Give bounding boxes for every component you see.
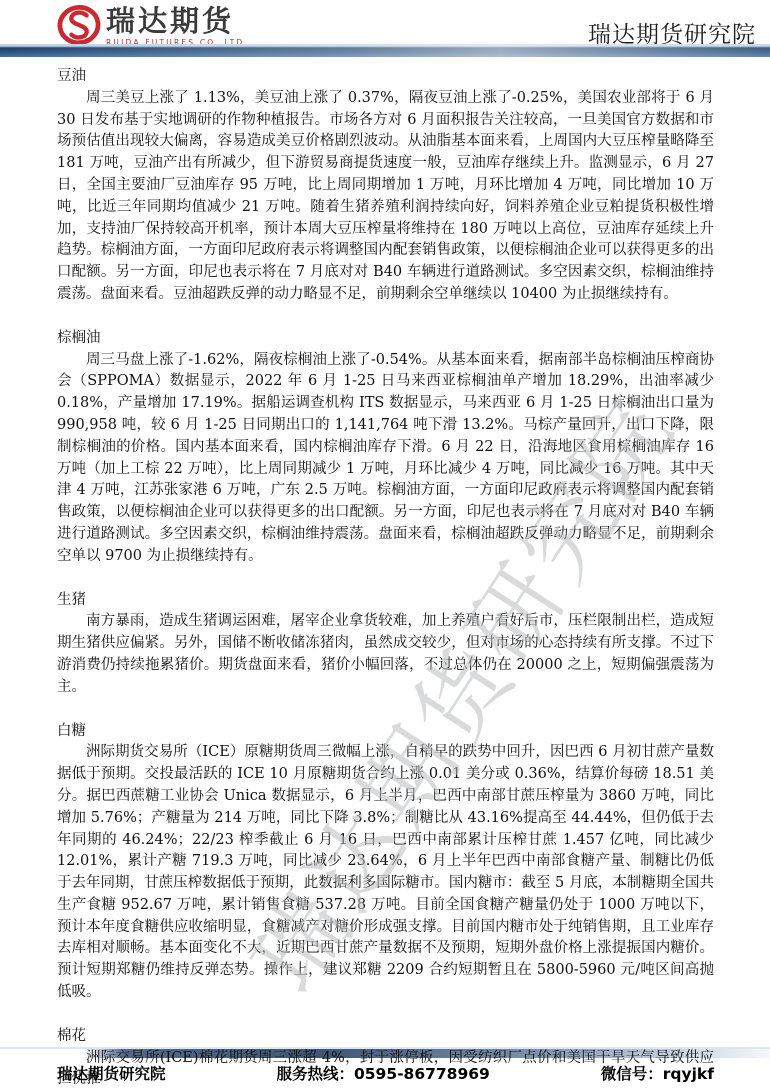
section-body-white-sugar: 洲际期货交易所（ICE）原糖期货周三微幅上涨，自稍早的跌势中回升，因巴西 6 月… — [57, 742, 714, 1004]
section-body-soybean-oil: 周三美豆上涨了 1.13%，美豆油上涨了 0.37%，隔夜豆油上涨了-0.25%… — [57, 88, 714, 306]
logo-text-block: 瑞达期货 RUIDA FUTURES CO.,LTD. — [106, 5, 249, 47]
footer-hotline-label: 服务热线： — [276, 1065, 354, 1083]
section-heading-live-hogs: 生猪 — [57, 590, 714, 612]
footer-hotline: 服务热线：0595-86778969 — [276, 1062, 489, 1084]
page-footer: 瑞达期货研究院 服务热线：0595-86778969 微信号：rqyjkf — [57, 1062, 714, 1084]
section-heading-palm-oil: 棕榈油 — [57, 328, 714, 350]
footer-wechat: 微信号：rqyjkf — [601, 1062, 714, 1084]
section-heading-soybean-oil: 豆油 — [57, 66, 714, 88]
ruida-logo: 瑞达期货 RUIDA FUTURES CO.,LTD. — [56, 5, 249, 47]
footer-wechat-id: rqyjkf — [663, 1065, 714, 1083]
section-body-live-hogs: 南方暴雨，造成生猪调运困难，屠宰企业拿货较难，加上养殖户看好后市，压栏限制出栏，… — [57, 611, 714, 698]
footer-hotline-number: 0595-86778969 — [354, 1065, 490, 1083]
page-header: 瑞达期货 RUIDA FUTURES CO.,LTD. 瑞达期货研究院 — [0, 0, 770, 57]
ruida-logo-icon — [56, 5, 102, 47]
footer-institute: 瑞达期货研究院 — [57, 1062, 166, 1084]
section-heading-white-sugar: 白糖 — [57, 721, 714, 743]
header-divider-bar — [0, 44, 770, 57]
logo-company-name: 瑞达期货 — [106, 5, 249, 37]
report-body: 豆油 周三美豆上涨了 1.13%，美豆油上涨了 0.37%，隔夜豆油上涨了-0.… — [57, 66, 714, 1089]
section-body-palm-oil: 周三马盘上涨了-1.62%，隔夜棕榈油上涨了-0.54%。从基本面来看，据南部半… — [57, 350, 714, 568]
section-heading-cotton: 棉花 — [57, 1026, 714, 1048]
footer-wechat-label: 微信号： — [601, 1065, 663, 1083]
